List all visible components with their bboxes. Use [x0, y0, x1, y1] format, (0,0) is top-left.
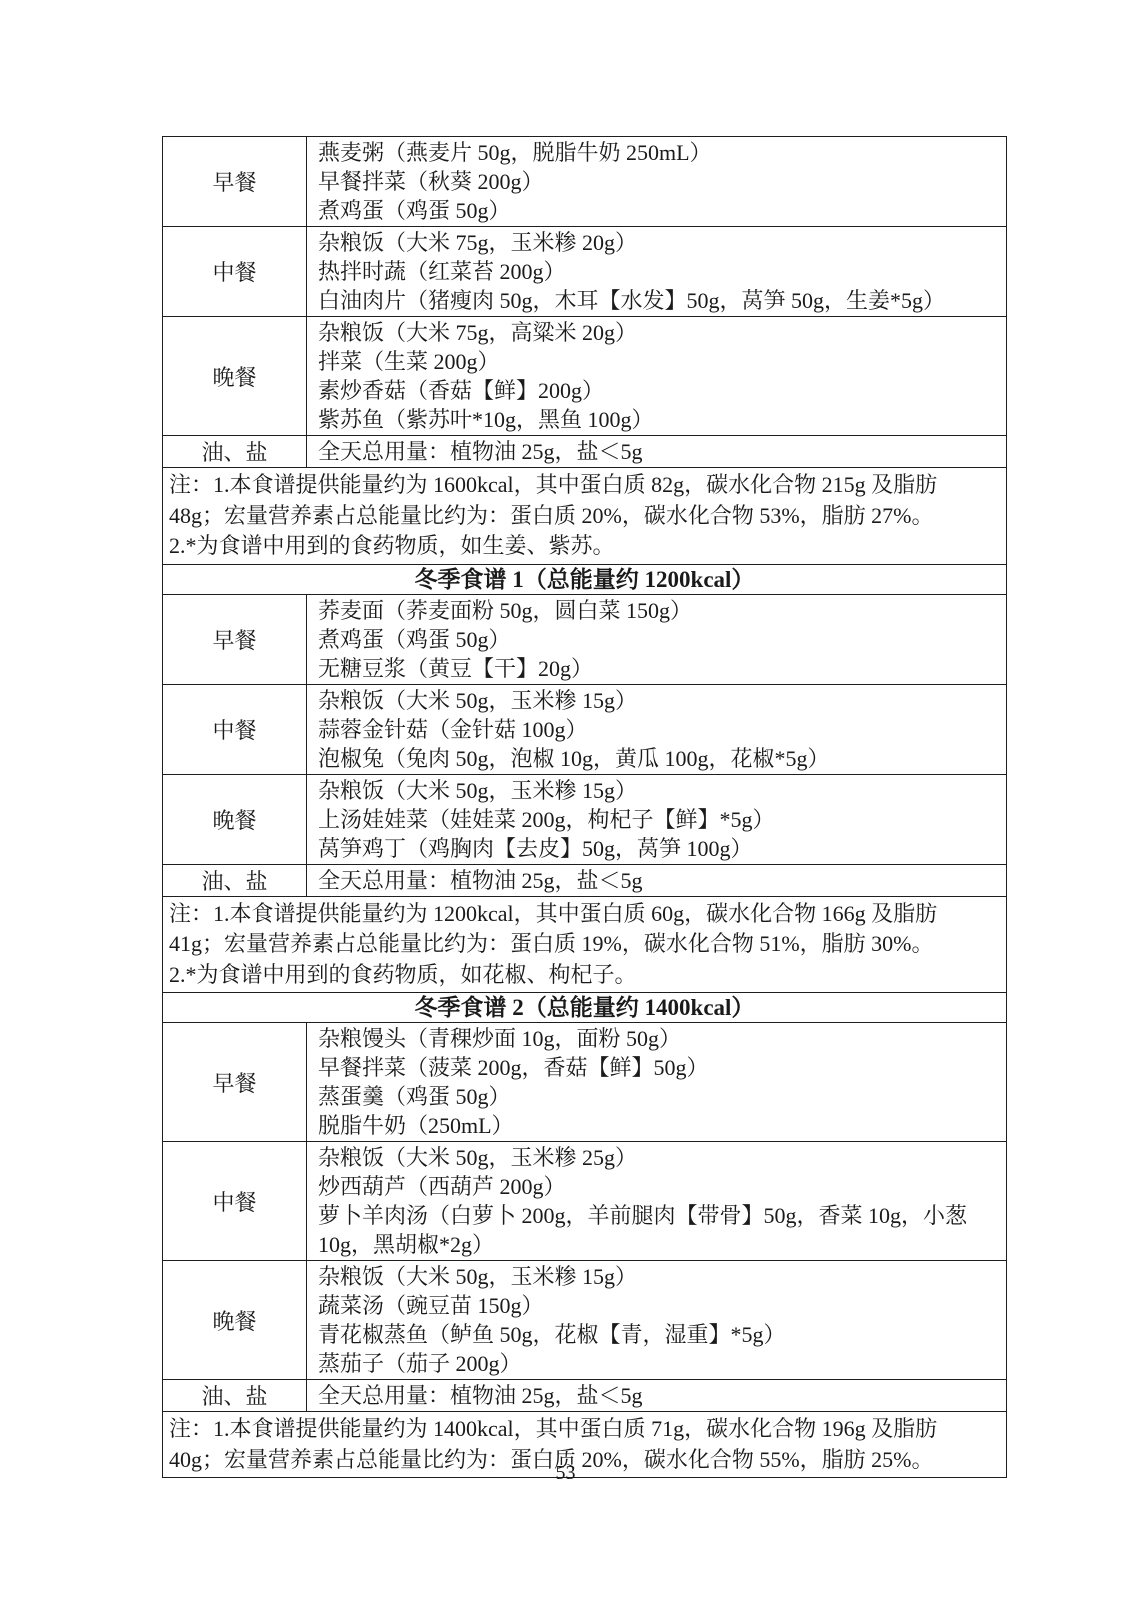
meal-dishes: 杂粮饭（大米 50g，玉米糁 25g） 炒西葫芦（西葫芦 200g） 萝卜羊肉汤…: [307, 1142, 1006, 1260]
meal-dishes: 全天总用量：植物油 25g，盐＜5g: [307, 865, 1006, 896]
notes-row: 注：1.本食谱提供能量约为 1200kcal，其中蛋白质 60g，碳水化合物 1…: [163, 896, 1006, 993]
meal-label: 早餐: [163, 137, 307, 226]
dish-item: 蒸茄子（茄子 200g）: [318, 1349, 1000, 1378]
note-text: 2.*为食谱中用到的食药物质，如花椒、枸杞子。: [169, 960, 1001, 991]
dish-item: 素炒香菇（香菇【鲜】200g）: [318, 376, 1000, 405]
meal-label: 晚餐: [163, 317, 307, 435]
dish-item: 萝卜羊肉汤（白萝卜 200g，羊前腿肉【带骨】50g，香菜 10g，小葱: [318, 1201, 1000, 1230]
dish-item: 荞麦面（荞麦面粉 50g，圆白菜 150g）: [318, 596, 1000, 625]
dish-item: 燕麦粥（燕麦片 50g，脱脂牛奶 250mL）: [318, 138, 1000, 167]
dish-item: 炒西葫芦（西葫芦 200g）: [318, 1172, 1000, 1201]
dish-item: 蒜蓉金针菇（金针菇 100g）: [318, 715, 1000, 744]
meal-label: 晚餐: [163, 1261, 307, 1379]
note-text: 2.*为食谱中用到的食药物质，如生姜、紫苏。: [169, 531, 1001, 562]
page-number: 53: [0, 1462, 1131, 1485]
dish-item: 蒸蛋羹（鸡蛋 50g）: [318, 1082, 1000, 1111]
note-text: 注：1.本食谱提供能量约为 1600kcal，其中蛋白质 82g，碳水化合物 2…: [169, 470, 1001, 501]
dish-item: 杂粮饭（大米 50g，玉米糁 15g）: [318, 776, 1000, 805]
meal-dishes: 全天总用量：植物油 25g，盐＜5g: [307, 1380, 1006, 1411]
meal-label: 油、盐: [163, 436, 307, 467]
meal-row-lunch: 中餐 杂粮饭（大米 50g，玉米糁 15g） 蒜蓉金针菇（金针菇 100g） 泡…: [163, 684, 1006, 774]
meal-row-dinner: 晚餐 杂粮饭（大米 75g，高粱米 20g） 拌菜（生菜 200g） 素炒香菇（…: [163, 316, 1006, 435]
dish-item: 上汤娃娃菜（娃娃菜 200g，枸杞子【鲜】*5g）: [318, 805, 1000, 834]
meal-row-lunch: 中餐 杂粮饭（大米 75g，玉米糁 20g） 热拌时蔬（红菜苔 200g） 白油…: [163, 226, 1006, 316]
document-page: 早餐 燕麦粥（燕麦片 50g，脱脂牛奶 250mL） 早餐拌菜（秋葵 200g）…: [0, 0, 1131, 1600]
meal-label: 早餐: [163, 1023, 307, 1141]
dish-item: 紫苏鱼（紫苏叶*10g，黑鱼 100g）: [318, 405, 1000, 434]
note-text: 注：1.本食谱提供能量约为 1200kcal，其中蛋白质 60g，碳水化合物 1…: [169, 899, 1001, 930]
meal-dishes: 杂粮饭（大米 75g，玉米糁 20g） 热拌时蔬（红菜苔 200g） 白油肉片（…: [307, 227, 1006, 316]
dish-item: 全天总用量：植物油 25g，盐＜5g: [318, 1381, 1000, 1410]
meal-row-oil-salt: 油、盐 全天总用量：植物油 25g，盐＜5g: [163, 435, 1006, 467]
dish-item: 杂粮馒头（青稞炒面 10g，面粉 50g）: [318, 1024, 1000, 1053]
dish-item: 杂粮饭（大米 50g，玉米糁 25g）: [318, 1143, 1000, 1172]
meal-row-lunch: 中餐 杂粮饭（大米 50g，玉米糁 25g） 炒西葫芦（西葫芦 200g） 萝卜…: [163, 1141, 1006, 1260]
dish-item: 无糖豆浆（黄豆【干】20g）: [318, 654, 1000, 683]
dish-item: 全天总用量：植物油 25g，盐＜5g: [318, 866, 1000, 895]
meal-dishes: 全天总用量：植物油 25g，盐＜5g: [307, 436, 1006, 467]
dish-item: 杂粮饭（大米 50g，玉米糁 15g）: [318, 1262, 1000, 1291]
meal-label: 早餐: [163, 595, 307, 684]
meal-row-dinner: 晚餐 杂粮饭（大米 50g，玉米糁 15g） 上汤娃娃菜（娃娃菜 200g，枸杞…: [163, 774, 1006, 864]
recipe-title-winter-2: 冬季食谱 2（总能量约 1400kcal）: [163, 992, 1006, 1022]
meal-plan-table: 早餐 燕麦粥（燕麦片 50g，脱脂牛奶 250mL） 早餐拌菜（秋葵 200g）…: [162, 136, 1007, 1478]
dish-item: 莴笋鸡丁（鸡胸肉【去皮】50g，莴笋 100g）: [318, 834, 1000, 863]
note-text: 注：1.本食谱提供能量约为 1400kcal，其中蛋白质 71g，碳水化合物 1…: [169, 1414, 1001, 1445]
meal-label: 中餐: [163, 227, 307, 316]
note-text: 48g；宏量营养素占总能量比约为：蛋白质 20%，碳水化合物 53%，脂肪 27…: [169, 501, 1001, 532]
meal-label: 油、盐: [163, 1380, 307, 1411]
dish-item: 早餐拌菜（秋葵 200g）: [318, 167, 1000, 196]
dish-item: 杂粮饭（大米 75g，高粱米 20g）: [318, 318, 1000, 347]
meal-row-oil-salt: 油、盐 全天总用量：植物油 25g，盐＜5g: [163, 864, 1006, 896]
meal-row-breakfast: 早餐 杂粮馒头（青稞炒面 10g，面粉 50g） 早餐拌菜（菠菜 200g，香菇…: [163, 1022, 1006, 1141]
dish-item: 白油肉片（猪瘦肉 50g，木耳【水发】50g，莴笋 50g，生姜*5g）: [318, 286, 1000, 315]
meal-label: 中餐: [163, 1142, 307, 1260]
meal-dishes: 燕麦粥（燕麦片 50g，脱脂牛奶 250mL） 早餐拌菜（秋葵 200g） 煮鸡…: [307, 137, 1006, 226]
notes-row: 注：1.本食谱提供能量约为 1600kcal，其中蛋白质 82g，碳水化合物 2…: [163, 467, 1006, 564]
dish-item: 煮鸡蛋（鸡蛋 50g）: [318, 196, 1000, 225]
meal-row-breakfast: 早餐 荞麦面（荞麦面粉 50g，圆白菜 150g） 煮鸡蛋（鸡蛋 50g） 无糖…: [163, 594, 1006, 684]
meal-row-dinner: 晚餐 杂粮饭（大米 50g，玉米糁 15g） 蔬菜汤（豌豆苗 150g） 青花椒…: [163, 1260, 1006, 1379]
dish-item: 拌菜（生菜 200g）: [318, 347, 1000, 376]
recipe-title-winter-1: 冬季食谱 1（总能量约 1200kcal）: [163, 564, 1006, 594]
dish-item: 青花椒蒸鱼（鲈鱼 50g，花椒【青，湿重】*5g）: [318, 1320, 1000, 1349]
dish-item: 杂粮饭（大米 50g，玉米糁 15g）: [318, 686, 1000, 715]
note-text: 41g；宏量营养素占总能量比约为：蛋白质 19%，碳水化合物 51%，脂肪 30…: [169, 929, 1001, 960]
meal-row-breakfast: 早餐 燕麦粥（燕麦片 50g，脱脂牛奶 250mL） 早餐拌菜（秋葵 200g）…: [163, 137, 1006, 226]
dish-item: 泡椒兔（兔肉 50g，泡椒 10g，黄瓜 100g，花椒*5g）: [318, 744, 1000, 773]
dish-item: 10g，黑胡椒*2g）: [318, 1230, 1000, 1259]
meal-label: 油、盐: [163, 865, 307, 896]
meal-label: 中餐: [163, 685, 307, 774]
meal-dishes: 杂粮饭（大米 50g，玉米糁 15g） 蒜蓉金针菇（金针菇 100g） 泡椒兔（…: [307, 685, 1006, 774]
meal-dishes: 杂粮饭（大米 50g，玉米糁 15g） 上汤娃娃菜（娃娃菜 200g，枸杞子【鲜…: [307, 775, 1006, 864]
meal-row-oil-salt: 油、盐 全天总用量：植物油 25g，盐＜5g: [163, 1379, 1006, 1411]
dish-item: 早餐拌菜（菠菜 200g，香菇【鲜】50g）: [318, 1053, 1000, 1082]
dish-item: 热拌时蔬（红菜苔 200g）: [318, 257, 1000, 286]
meal-dishes: 荞麦面（荞麦面粉 50g，圆白菜 150g） 煮鸡蛋（鸡蛋 50g） 无糖豆浆（…: [307, 595, 1006, 684]
dish-item: 杂粮饭（大米 75g，玉米糁 20g）: [318, 228, 1000, 257]
dish-item: 全天总用量：植物油 25g，盐＜5g: [318, 437, 1000, 466]
meal-dishes: 杂粮馒头（青稞炒面 10g，面粉 50g） 早餐拌菜（菠菜 200g，香菇【鲜】…: [307, 1023, 1006, 1141]
meal-dishes: 杂粮饭（大米 75g，高粱米 20g） 拌菜（生菜 200g） 素炒香菇（香菇【…: [307, 317, 1006, 435]
meal-label: 晚餐: [163, 775, 307, 864]
dish-item: 脱脂牛奶（250mL）: [318, 1111, 1000, 1140]
meal-dishes: 杂粮饭（大米 50g，玉米糁 15g） 蔬菜汤（豌豆苗 150g） 青花椒蒸鱼（…: [307, 1261, 1006, 1379]
dish-item: 蔬菜汤（豌豆苗 150g）: [318, 1291, 1000, 1320]
dish-item: 煮鸡蛋（鸡蛋 50g）: [318, 625, 1000, 654]
